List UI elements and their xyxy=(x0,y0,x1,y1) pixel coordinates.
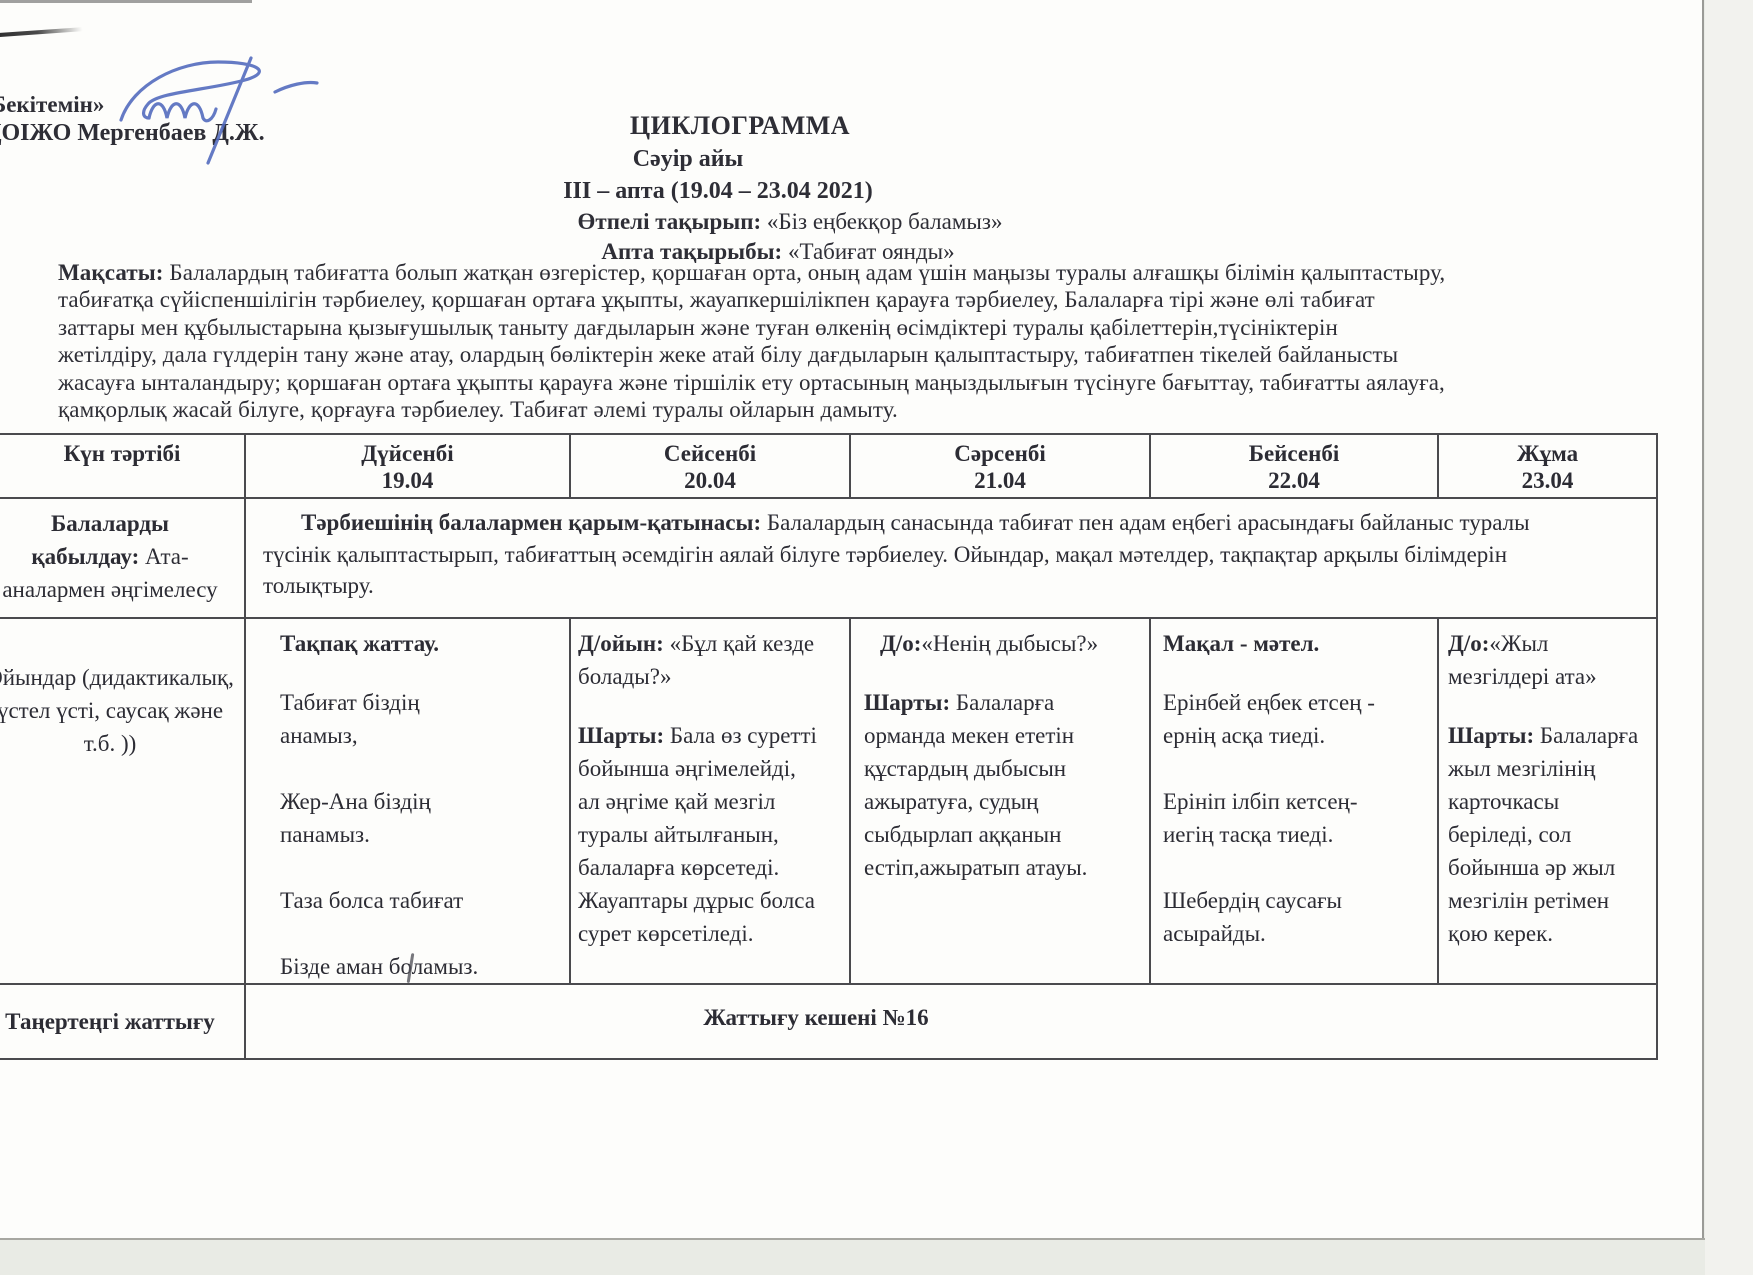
goal-paragraph: Мақсаты: Балалардың табиғатта болып жатқ… xyxy=(58,259,1668,423)
exercise-row-label: Таңертеңгі жаттығу xyxy=(0,1005,244,1038)
reception-content-cell: Тәрбиешінің балалармен қарым-қатынасы: Б… xyxy=(245,498,1657,618)
day-name: Жұма xyxy=(1439,440,1656,467)
transitional-theme-value: «Біз еңбекқор баламыз» xyxy=(761,209,1002,234)
document-title: ЦИКЛОГРАММА xyxy=(630,111,850,141)
wednesday-body-bold: Шарты: xyxy=(864,690,950,715)
reception-content: Тәрбиешінің балалармен қарым-қатынасы: Б… xyxy=(246,499,1656,608)
day-date: 23.04 xyxy=(1439,467,1656,494)
day-date: 22.04 xyxy=(1151,467,1437,494)
tuesday-activity-body: Шарты: Бала өз суретті бойынша әңгімелей… xyxy=(578,719,847,950)
reception-row-label: Балаларды қабылдау: Ата- аналармен әңгім… xyxy=(0,507,244,606)
cyclogram-table: Күн тәртібі Дүйсенбі19.04 Сейсенбі20.04 … xyxy=(0,433,1658,1060)
tuesday-activity-title: Д/ойын: «Бұл қай кезде болады?» xyxy=(578,627,847,693)
header-wednesday: Сәрсенбі21.04 xyxy=(850,434,1150,498)
games-wednesday-cell: Д/о:«Ненің дыбысы?»Шарты: Балаларға орма… xyxy=(850,618,1150,984)
games-tuesday-cell: Д/ойын: «Бұл қай кезде болады?»Шарты: Ба… xyxy=(570,618,850,984)
day-name: Дүйсенбі xyxy=(246,440,569,467)
header-friday: Жұма23.04 xyxy=(1438,434,1657,498)
friday-title-bold: Д/о: xyxy=(1448,631,1489,656)
approval-label: Бекітемін» xyxy=(0,92,104,118)
games-row-label: Ойындар (дидактикалық, үстел үсті, сауса… xyxy=(0,661,244,760)
games-thursday-cell: Мақал - мәтел.Ерінбей еңбек етсең - ерні… xyxy=(1150,618,1438,984)
wednesday-activity-body: Шарты: Балаларға орманда мекен ететін құ… xyxy=(864,686,1143,884)
day-name: Сәрсенбі xyxy=(851,440,1149,467)
day-date: 21.04 xyxy=(851,467,1149,494)
games-row: Ойындар (дидактикалық, үстел үсті, сауса… xyxy=(0,618,1657,984)
exercise-row: Таңертеңгі жаттығу Жаттығу кешені №16 xyxy=(0,984,1657,1059)
wednesday-body-text: Балаларға орманда мекен ететін құстардың… xyxy=(864,690,1087,880)
page-edge-right xyxy=(1702,0,1704,1240)
scanned-document-page: Бекітемін» ДОІЖО Мергенбаев Д.Ж. ЦИКЛОГР… xyxy=(0,0,1703,1239)
document-month: Сәуір айы xyxy=(633,146,744,173)
wednesday-activity-title: Д/о:«Ненің дыбысы?» xyxy=(864,627,1143,660)
monday-activity-title: Тақпақ жаттау. xyxy=(280,627,563,660)
friday-body-text: Балаларға жыл мезгілінің карточкасы бері… xyxy=(1448,723,1638,946)
day-date: 19.04 xyxy=(246,467,569,494)
monday-body-text: Табиғат біздің анамыз, Жер-Ана біздің па… xyxy=(280,690,478,979)
transitional-theme-line: Өтпелі тақырып: «Біз еңбекқор баламыз» xyxy=(578,209,1003,235)
exercise-content: Жаттығу кешені №16 xyxy=(246,985,1656,1031)
wednesday-title-bold: Д/о: xyxy=(880,631,921,656)
games-row-label-cell: Ойындар (дидактикалық, үстел үсті, сауса… xyxy=(0,618,245,984)
monday-title-bold: Тақпақ жаттау. xyxy=(280,631,439,656)
tuesday-body-text: Бала өз суретті бойынша әңгімелейді, ал … xyxy=(578,723,817,946)
exercise-content-cell: Жаттығу кешені №16 xyxy=(245,984,1657,1059)
tuesday-body-bold: Шарты: xyxy=(578,723,664,748)
transitional-theme-label: Өтпелі тақырып: xyxy=(578,209,762,234)
header-corner-cell: Күн тәртібі xyxy=(0,434,245,498)
corner-label: Күн тәртібі xyxy=(0,440,244,467)
pencil-mark xyxy=(0,27,87,37)
thursday-activity-body: Ерінбей еңбек етсең - ернің асқа тиеді. … xyxy=(1163,686,1431,950)
games-friday-cell: Д/о:«Жыл мезгілдері ата»Шарты: Балаларға… xyxy=(1438,618,1657,984)
tuesday-title-bold: Д/ойын: xyxy=(578,631,664,656)
header-tuesday: Сейсенбі20.04 xyxy=(570,434,850,498)
reception-row: Балаларды қабылдау: Ата- аналармен әңгім… xyxy=(0,498,1657,618)
scan-edge-artifact xyxy=(0,0,252,3)
day-name: Бейсенбі xyxy=(1151,440,1437,467)
friday-body-bold: Шарты: xyxy=(1448,723,1534,748)
signature-scribble xyxy=(103,50,323,168)
day-name: Сейсенбі xyxy=(571,440,849,467)
thursday-body-text: Ерінбей еңбек етсең - ернің асқа тиеді. … xyxy=(1163,690,1375,946)
monday-activity-body: Табиғат біздің анамыз, Жер-Ана біздің па… xyxy=(280,686,563,983)
wednesday-title-rest: «Ненің дыбысы?» xyxy=(921,631,1098,656)
table-header-row: Күн тәртібі Дүйсенбі19.04 Сейсенбі20.04 … xyxy=(0,434,1657,498)
page-edge-bottom xyxy=(0,1238,1705,1240)
scan-background-right xyxy=(1705,0,1753,1275)
exercise-row-label-cell: Таңертеңгі жаттығу xyxy=(0,984,245,1059)
thursday-activity-title: Мақал - мәтел. xyxy=(1163,627,1431,660)
header-monday: Дүйсенбі19.04 xyxy=(245,434,570,498)
header-thursday: Бейсенбі22.04 xyxy=(1150,434,1438,498)
goal-text: Балалардың табиғатта болып жатқан өзгері… xyxy=(58,260,1445,422)
document-week-range: III – апта (19.04 – 23.04 2021) xyxy=(563,178,873,205)
friday-activity-body: Шарты: Балаларға жыл мезгілінің карточка… xyxy=(1448,719,1652,950)
day-date: 20.04 xyxy=(571,467,849,494)
thursday-title-bold: Мақал - мәтел. xyxy=(1163,631,1319,656)
games-monday-cell: Тақпақ жаттау.Табиғат біздің анамыз, Жер… xyxy=(245,618,570,984)
reception-content-label: Тәрбиешінің балалармен қарым-қатынасы: xyxy=(301,510,761,535)
approver-name: ДОІЖО Мергенбаев Д.Ж. xyxy=(0,120,265,147)
goal-label: Мақсаты: xyxy=(58,260,164,285)
reception-row-label-cell: Балаларды қабылдау: Ата- аналармен әңгім… xyxy=(0,498,245,618)
friday-activity-title: Д/о:«Жыл мезгілдері ата» xyxy=(1448,627,1652,693)
